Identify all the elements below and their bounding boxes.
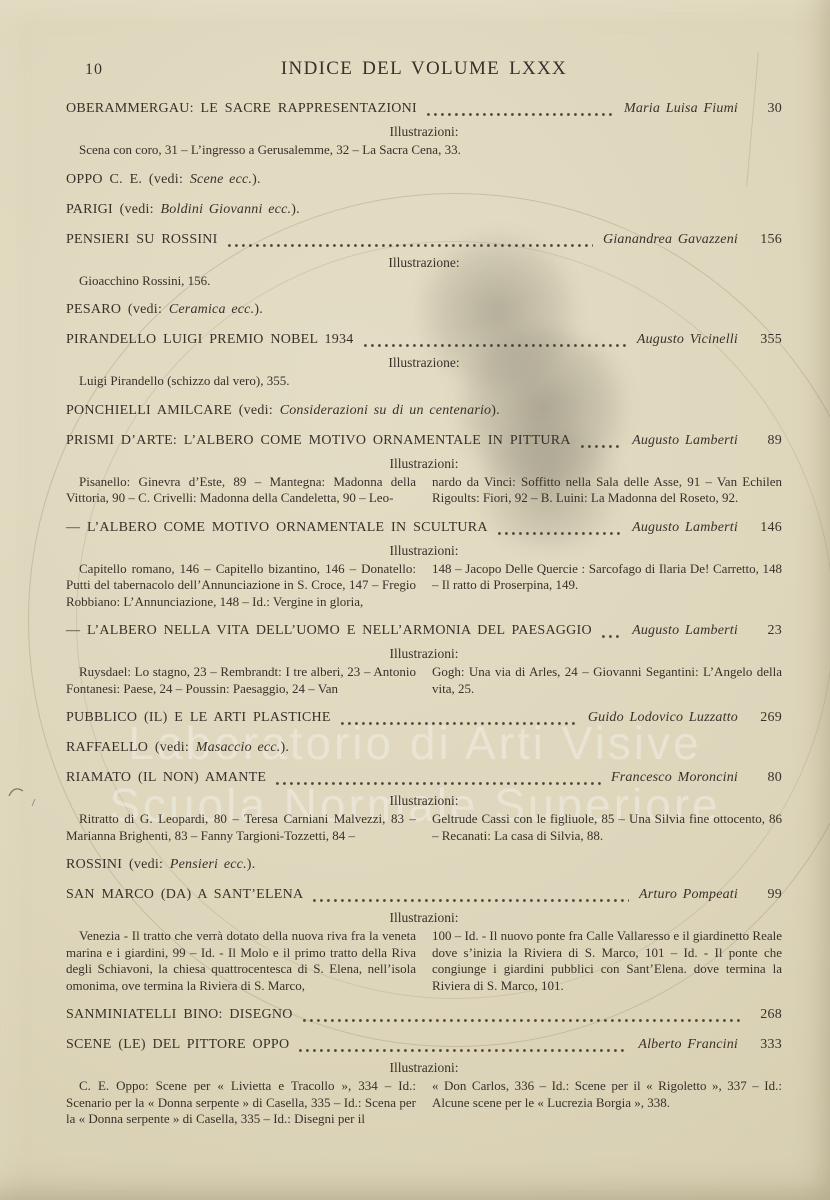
entry-page-number: 99	[752, 885, 782, 904]
index-entry-cross-reference: PARIGI (vedi: Boldini Giovanni ecc.).	[66, 200, 782, 219]
index-entry: SAN MARCO (DA) A SANT’ELENAArturo Pompea…	[66, 885, 782, 994]
cross-reference-post: ).	[252, 172, 261, 187]
index-entry: PUBBLICO (IL) E LE ARTI PLASTICHEGuido L…	[66, 708, 782, 727]
dotted-leader	[303, 1018, 742, 1022]
entry-title: PIRANDELLO LUIGI PREMIO NOBEL 1934	[66, 330, 354, 349]
illustrations-label: Illustrazione:	[66, 354, 782, 371]
entry-title: PRISMI D’ARTE: L’ALBERO COME MOTIVO ORNA…	[66, 431, 571, 450]
dotted-leader	[581, 444, 622, 448]
illustration-list-left: Capitello romano, 146 – Capitello bizant…	[66, 561, 416, 611]
dotted-leader	[299, 1048, 628, 1052]
entry-page-number: 146	[752, 518, 782, 537]
dotted-leader	[427, 112, 614, 116]
entry-page-number: 23	[752, 621, 782, 640]
entry-author: Maria Luisa Fiumi	[624, 99, 738, 118]
illustration-list-right: 148 – Jacopo Delle Quercie : Sarcofago d…	[432, 561, 782, 611]
entry-author: Arturo Pompeati	[639, 885, 738, 904]
illustration-columns: Capitello romano, 146 – Capitello bizant…	[66, 561, 782, 611]
cross-reference-title: Considerazioni su di un centenario	[280, 403, 492, 418]
illustrations-label: Illustrazioni:	[66, 645, 782, 662]
index-entry: PRISMI D’ARTE: L’ALBERO COME MOTIVO ORNA…	[66, 431, 782, 507]
illustration-list-left: Pisanello: Ginevra d’Este, 89 – Mantegna…	[66, 474, 416, 507]
entry-title: RIAMATO (IL NON) AMANTE	[66, 768, 266, 787]
cross-reference-pre: ROSSINI (vedi:	[66, 857, 170, 872]
illustration-columns: Ritratto di G. Leopardi, 80 – Teresa Car…	[66, 811, 782, 844]
index-entry: OBERAMMERGAU: LE SACRE RAPPRESENTAZIONIM…	[66, 99, 782, 159]
page-title: INDICE DEL VOLUME LXXX	[66, 58, 782, 80]
dotted-leader	[341, 721, 578, 725]
illustration-columns: Venezia - Il tratto che verrà dotato del…	[66, 928, 782, 994]
cross-reference-post: ).	[280, 740, 289, 755]
entry-page-number: 30	[752, 99, 782, 118]
illustrations-label: Illustrazioni:	[66, 909, 782, 926]
cross-reference-pre: PARIGI (vedi:	[66, 202, 161, 217]
entry-heading-line: — L’ALBERO COME MOTIVO ORNAMENTALE IN SC…	[66, 518, 782, 537]
page-header: 10 INDICE DEL VOLUME LXXX	[66, 58, 782, 88]
index-entry: SANMINIATELLI BINO: DISEGNO268	[66, 1005, 782, 1024]
illustrations-label: Illustrazioni:	[66, 455, 782, 472]
entry-heading-line: SANMINIATELLI BINO: DISEGNO268	[66, 1005, 782, 1024]
entry-page-number: 80	[752, 768, 782, 787]
cross-reference-line: PONCHIELLI AMILCARE (vedi: Considerazion…	[66, 401, 782, 420]
index-entry: RIAMATO (IL NON) AMANTEFrancesco Moronci…	[66, 768, 782, 844]
entry-author: Gianandrea Gavazzeni	[603, 230, 738, 249]
scanned-index-page: Laboratorio di Arti Visive Scuola Normal…	[0, 0, 830, 1200]
cross-reference-post: ).	[254, 302, 263, 317]
index-entry: SCENE (LE) DEL PITTORE OPPOAlberto Franc…	[66, 1035, 782, 1128]
entry-title: SCENE (LE) DEL PITTORE OPPO	[66, 1035, 289, 1054]
cross-reference-post: ).	[291, 202, 300, 217]
illustration-list-right: Gogh: Una via di Arles, 24 – Giovanni Se…	[432, 664, 782, 697]
illustration-list-right: « Don Carlos, 336 – Id.: Scene per il « …	[432, 1078, 782, 1128]
entry-page-number: 355	[752, 330, 782, 349]
entry-page-number: 333	[752, 1035, 782, 1054]
cross-reference-line: ROSSINI (vedi: Pensieri ecc.).	[66, 855, 782, 874]
index-entry-cross-reference: PONCHIELLI AMILCARE (vedi: Considerazion…	[66, 401, 782, 420]
cross-reference-line: RAFFAELLO (vedi: Masaccio ecc.).	[66, 738, 782, 757]
cross-reference-post: ).	[247, 857, 256, 872]
entry-author: Augusto Lamberti	[632, 518, 738, 537]
index-entries: OBERAMMERGAU: LE SACRE RAPPRESENTAZIONIM…	[66, 99, 782, 1128]
illustration-list-left: Ritratto di G. Leopardi, 80 – Teresa Car…	[66, 811, 416, 844]
illustration-list: Gioacchino Rossini, 156.	[66, 273, 782, 290]
entry-title: SAN MARCO (DA) A SANT’ELENA	[66, 885, 303, 904]
cross-reference-pre: PESARO (vedi:	[66, 302, 169, 317]
cross-reference-line: PESARO (vedi: Ceramica ecc.).	[66, 300, 782, 319]
cross-reference-line: PARIGI (vedi: Boldini Giovanni ecc.).	[66, 200, 782, 219]
entry-page-number: 269	[752, 708, 782, 727]
entry-title: OBERAMMERGAU: LE SACRE RAPPRESENTAZIONI	[66, 99, 417, 118]
entry-heading-line: RIAMATO (IL NON) AMANTEFrancesco Moronci…	[66, 768, 782, 787]
illustration-columns: Ruysdael: Lo stagno, 23 – Rembrandt: I t…	[66, 664, 782, 697]
entry-title: — L’ALBERO NELLA VITA DELL’UOMO E NELL’A…	[66, 621, 592, 640]
dotted-leader	[276, 781, 601, 785]
entry-author: Alberto Francini	[638, 1035, 738, 1054]
index-entry-cross-reference: ROSSINI (vedi: Pensieri ecc.).	[66, 855, 782, 874]
cross-reference-line: OPPO C. E. (vedi: Scene ecc.).	[66, 170, 782, 189]
entry-heading-line: PENSIERI SU ROSSINIGianandrea Gavazzeni1…	[66, 230, 782, 249]
cross-reference-title: Masaccio ecc.	[196, 740, 281, 755]
illustrations-label: Illustrazioni:	[66, 792, 782, 809]
entry-page-number: 268	[752, 1005, 782, 1024]
illustration-columns: C. E. Oppo: Scene per « Livietta e Traco…	[66, 1078, 782, 1128]
index-entry-cross-reference: OPPO C. E. (vedi: Scene ecc.).	[66, 170, 782, 189]
entry-heading-line: PIRANDELLO LUIGI PREMIO NOBEL 1934August…	[66, 330, 782, 349]
entry-heading-line: — L’ALBERO NELLA VITA DELL’UOMO E NELL’A…	[66, 621, 782, 640]
entry-page-number: 89	[752, 431, 782, 450]
pen-mark-artifact	[2, 780, 62, 820]
index-entry: PIRANDELLO LUIGI PREMIO NOBEL 1934August…	[66, 330, 782, 390]
illustrations-label: Illustrazioni:	[66, 1059, 782, 1076]
dotted-leader	[602, 634, 622, 638]
entry-author: Augusto Lamberti	[632, 431, 738, 450]
index-entry: — L’ALBERO NELLA VITA DELL’UOMO E NELL’A…	[66, 621, 782, 697]
illustrations-label: Illustrazioni:	[66, 123, 782, 140]
illustration-list: Luigi Pirandello (schizzo dal vero), 355…	[66, 373, 782, 390]
illustration-list-left: C. E. Oppo: Scene per « Livietta e Traco…	[66, 1078, 416, 1128]
illustration-list-right: nardo da Vinci: Soffitto nella Sala dell…	[432, 474, 782, 507]
illustration-list-right: Geltrude Cassi con le figliuole, 85 – Un…	[432, 811, 782, 844]
index-entry-cross-reference: PESARO (vedi: Ceramica ecc.).	[66, 300, 782, 319]
entry-author: Guido Lodovico Luzzatto	[588, 708, 738, 727]
illustration-list-left: Ruysdael: Lo stagno, 23 – Rembrandt: I t…	[66, 664, 416, 697]
cross-reference-pre: PONCHIELLI AMILCARE (vedi:	[66, 403, 280, 418]
cross-reference-title: Boldini Giovanni ecc.	[161, 202, 292, 217]
entry-title: PENSIERI SU ROSSINI	[66, 230, 218, 249]
illustrations-label: Illustrazioni:	[66, 542, 782, 559]
entry-title: PUBBLICO (IL) E LE ARTI PLASTICHE	[66, 708, 331, 727]
illustration-list-left: Venezia - Il tratto che verrà dotato del…	[66, 928, 416, 994]
entry-heading-line: SCENE (LE) DEL PITTORE OPPOAlberto Franc…	[66, 1035, 782, 1054]
cross-reference-title: Ceramica ecc.	[169, 302, 254, 317]
illustration-list: Scena con coro, 31 – L’ingresso a Gerusa…	[66, 142, 782, 159]
cross-reference-title: Scene ecc.	[190, 172, 252, 187]
cross-reference-pre: OPPO C. E. (vedi:	[66, 172, 190, 187]
entry-heading-line: PRISMI D’ARTE: L’ALBERO COME MOTIVO ORNA…	[66, 431, 782, 450]
dotted-leader	[313, 898, 629, 902]
cross-reference-post: ).	[491, 403, 500, 418]
illustration-list-right: 100 – Id. - Il nuovo ponte fra Calle Val…	[432, 928, 782, 994]
entry-author: Francesco Moroncini	[611, 768, 738, 787]
entry-heading-line: PUBBLICO (IL) E LE ARTI PLASTICHEGuido L…	[66, 708, 782, 727]
cross-reference-title: Pensieri ecc.	[170, 857, 247, 872]
dotted-leader	[364, 343, 627, 347]
illustration-columns: Pisanello: Ginevra d’Este, 89 – Mantegna…	[66, 474, 782, 507]
dotted-leader	[498, 531, 622, 535]
entry-author: Augusto Lamberti	[632, 621, 738, 640]
index-content: 10 INDICE DEL VOLUME LXXX OBERAMMERGAU: …	[66, 58, 782, 1128]
entry-title: — L’ALBERO COME MOTIVO ORNAMENTALE IN SC…	[66, 518, 488, 537]
entry-author: Augusto Vicinelli	[637, 330, 738, 349]
dotted-leader	[228, 243, 593, 247]
entry-heading-line: OBERAMMERGAU: LE SACRE RAPPRESENTAZIONIM…	[66, 99, 782, 118]
index-entry: — L’ALBERO COME MOTIVO ORNAMENTALE IN SC…	[66, 518, 782, 611]
cross-reference-pre: RAFFAELLO (vedi:	[66, 740, 196, 755]
index-entry-cross-reference: RAFFAELLO (vedi: Masaccio ecc.).	[66, 738, 782, 757]
entry-title: SANMINIATELLI BINO: DISEGNO	[66, 1005, 293, 1024]
index-entry: PENSIERI SU ROSSINIGianandrea Gavazzeni1…	[66, 230, 782, 290]
entry-page-number: 156	[752, 230, 782, 249]
entry-heading-line: SAN MARCO (DA) A SANT’ELENAArturo Pompea…	[66, 885, 782, 904]
illustrations-label: Illustrazione:	[66, 254, 782, 271]
